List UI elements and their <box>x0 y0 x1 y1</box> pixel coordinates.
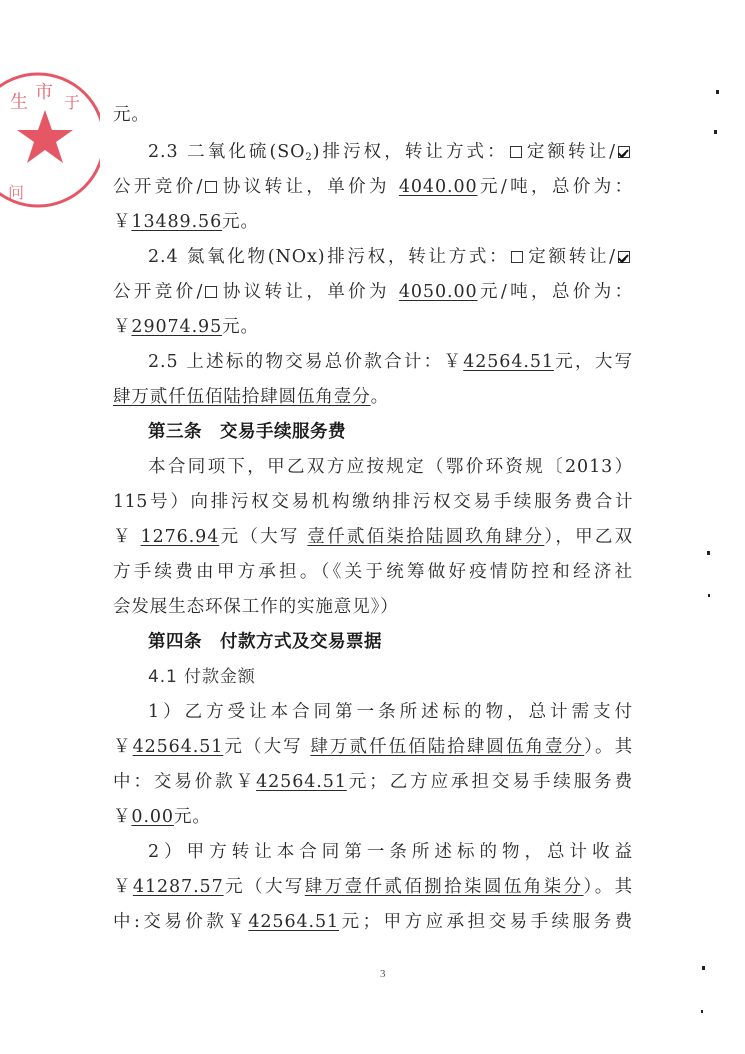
clause-text: 中：交易价款￥ <box>113 772 256 792</box>
continuation-text: 元。 <box>113 105 150 125</box>
document-page: 生 市 于 问 元。 2.3 二氧化硫(SO2)排污权，转让方式：定额转让/ 公… <box>0 0 745 1054</box>
payment-2-line-3: 中:交易价款￥42564.51元；甲方应承担交易手续服务费 <box>113 907 633 937</box>
clause-text: 2.5 上述标的物交易总价款合计：￥ <box>148 352 463 372</box>
amount-in-words: 肆万贰仟伍佰陆拾肆圆伍角壹分 <box>310 737 584 757</box>
scan-speck <box>707 551 710 555</box>
clause-2-3-line-1: 2.3 二氧化硫(SO2)排污权，转让方式：定额转让/ <box>148 137 633 167</box>
clause-text: 元/吨，总价为： <box>478 177 633 197</box>
amount-in-words: 肆万贰仟伍佰陆拾肆圆伍角壹分 <box>113 387 371 407</box>
clause-text: 。 <box>371 387 389 407</box>
payment-1-line-2: ￥42564.51元（大写 肆万贰仟伍佰陆拾肆圆伍角壹分）。其 <box>113 732 633 762</box>
transaction-price: 42564.51 <box>248 912 339 932</box>
checkbox-fixed <box>511 251 523 263</box>
official-seal-icon: 生 市 于 问 <box>0 68 100 213</box>
payment-1-line-3: 中：交易价款￥42564.51元；乙方应承担交易手续服务费 <box>113 767 633 797</box>
payment-1-line-1: 1）乙方受让本合同第一条所述标的物，总计需支付 <box>148 697 633 727</box>
clause-text: 元；甲方应承担交易手续服务费 <box>339 912 633 932</box>
checkbox-negotiated <box>205 286 217 298</box>
checkbox-public-checked <box>618 251 630 263</box>
article-3-line-5: 会发展生态环保工作的实施意见》） <box>113 592 633 622</box>
clause-text: 元；乙方应承担交易手续服务费 <box>347 772 633 792</box>
page-number: 3 <box>380 968 386 980</box>
clause-2-3-line-3: ￥13489.56元。 <box>113 207 633 237</box>
income-amount: 41287.57 <box>133 877 224 897</box>
checkbox-label: 公开竞价/ <box>113 177 203 197</box>
clause-text: 元。 <box>222 212 259 232</box>
clause-text: 元/吨，总价为： <box>478 282 633 302</box>
svg-text:生: 生 <box>10 92 28 113</box>
checkbox-label: 定额转让/ <box>525 142 616 162</box>
article-3-line-1: 本合同项下，甲乙双方应按规定（鄂价环资规〔2013） <box>148 452 633 482</box>
currency-symbol: ￥ <box>113 737 133 757</box>
clause-text: 元。 <box>174 807 211 827</box>
clause-text: )排污权，转让方式： <box>313 142 508 162</box>
clause-text: ）。其 <box>584 877 633 897</box>
subscript: 2 <box>305 152 312 163</box>
article-4-heading: 第四条 付款方式及交易票据 <box>148 627 633 657</box>
checkbox-negotiated <box>205 181 217 193</box>
currency-symbol: ￥ <box>113 317 131 337</box>
article-3-line-4: 方手续费由甲方承担。（《关于统筹做好疫情防控和经济社 <box>113 557 633 587</box>
clause-text: 2.4 氮氧化物(NOx)排污权，转让方式： <box>148 247 509 267</box>
fee-amount: 0.00 <box>131 807 174 827</box>
svg-text:于: 于 <box>64 93 80 112</box>
clause-text: 元，大写 <box>554 352 633 372</box>
checkbox-label: 定额转让/ <box>526 247 616 267</box>
checkbox-public-checked <box>618 146 630 158</box>
payment-2-line-1: 2）甲方转让本合同第一条所述标的物，总计收益 <box>148 837 633 867</box>
currency-symbol: ￥ <box>113 527 141 547</box>
total-price: 29074.95 <box>131 317 222 337</box>
clause-2-5-line-2: 肆万贰仟伍佰陆拾肆圆伍角壹分。 <box>113 382 633 412</box>
clause-2-3-line-2: 公开竞价/协议转让，单价为 4040.00元/吨，总价为： <box>113 172 633 202</box>
amount-in-words: 壹仟贰佰柒拾陆圆玖角肆分 <box>307 527 544 547</box>
clause-text: 元（大写 <box>223 737 310 757</box>
checkbox-label: 公开竞价/ <box>113 282 203 302</box>
payment-amount: 42564.51 <box>133 737 224 757</box>
svg-text:市: 市 <box>35 82 53 103</box>
clause-2-4-line-2: 公开竞价/协议转让，单价为 4050.00元/吨，总价为： <box>113 277 633 307</box>
clause-text: 元（大写 <box>219 527 307 547</box>
payment-1-line-4: ￥0.00元。 <box>113 802 633 832</box>
article-3-line-2: 115号）向排污权交易机构缴纳排污权交易手续服务费合计 <box>113 487 633 517</box>
total-amount: 42564.51 <box>463 352 554 372</box>
scan-speck <box>701 1010 703 1013</box>
svg-text:问: 问 <box>8 183 24 202</box>
clause-text: ，单价为 <box>306 282 398 302</box>
clause-2-5-line-1: 2.5 上述标的物交易总价款合计：￥42564.51元，大写 <box>148 347 633 377</box>
clause-text: ）。其 <box>584 737 633 757</box>
section-4-1-title: 4.1 付款金额 <box>148 662 633 692</box>
clause-2-4-line-1: 2.4 氮氧化物(NOx)排污权，转让方式：定额转让/ <box>148 242 633 272</box>
scan-speck <box>702 966 705 970</box>
clause-text: 2.3 二氧化硫(SO <box>148 142 305 162</box>
checkbox-label: 协议转让 <box>220 282 306 302</box>
unit-price: 4050.00 <box>399 282 478 302</box>
clause-text: ，单价为 <box>306 177 398 197</box>
clause-text: ），甲乙双 <box>544 527 633 547</box>
text-line: 元。 <box>113 100 633 130</box>
clause-text: 元（大写 <box>224 877 305 897</box>
transaction-price: 42564.51 <box>256 772 347 792</box>
total-price: 13489.56 <box>131 212 222 232</box>
amount-in-words: 肆万壹仟贰佰捌拾柒圆伍角柒分 <box>305 877 584 897</box>
checkbox-fixed <box>510 146 522 158</box>
clause-2-4-line-3: ￥29074.95元。 <box>113 312 633 342</box>
currency-symbol: ￥ <box>113 212 131 232</box>
currency-symbol: ￥ <box>113 877 133 897</box>
payment-2-line-2: ￥41287.57元（大写肆万壹仟贰佰捌拾柒圆伍角柒分）。其 <box>113 872 633 902</box>
clause-text: 中:交易价款￥ <box>113 912 248 932</box>
scan-speck <box>708 594 710 597</box>
scan-speck <box>714 130 717 134</box>
article-3-heading: 第三条 交易手续服务费 <box>148 417 633 447</box>
scan-speck <box>716 90 719 94</box>
unit-price: 4040.00 <box>399 177 478 197</box>
checkbox-label: 协议转让 <box>220 177 306 197</box>
article-3-line-3: ￥ 1276.94元（大写 壹仟贰佰柒拾陆圆玖角肆分），甲乙双 <box>113 522 633 552</box>
currency-symbol: ￥ <box>113 807 131 827</box>
fee-amount: 1276.94 <box>141 527 220 547</box>
clause-text: 元。 <box>222 317 259 337</box>
